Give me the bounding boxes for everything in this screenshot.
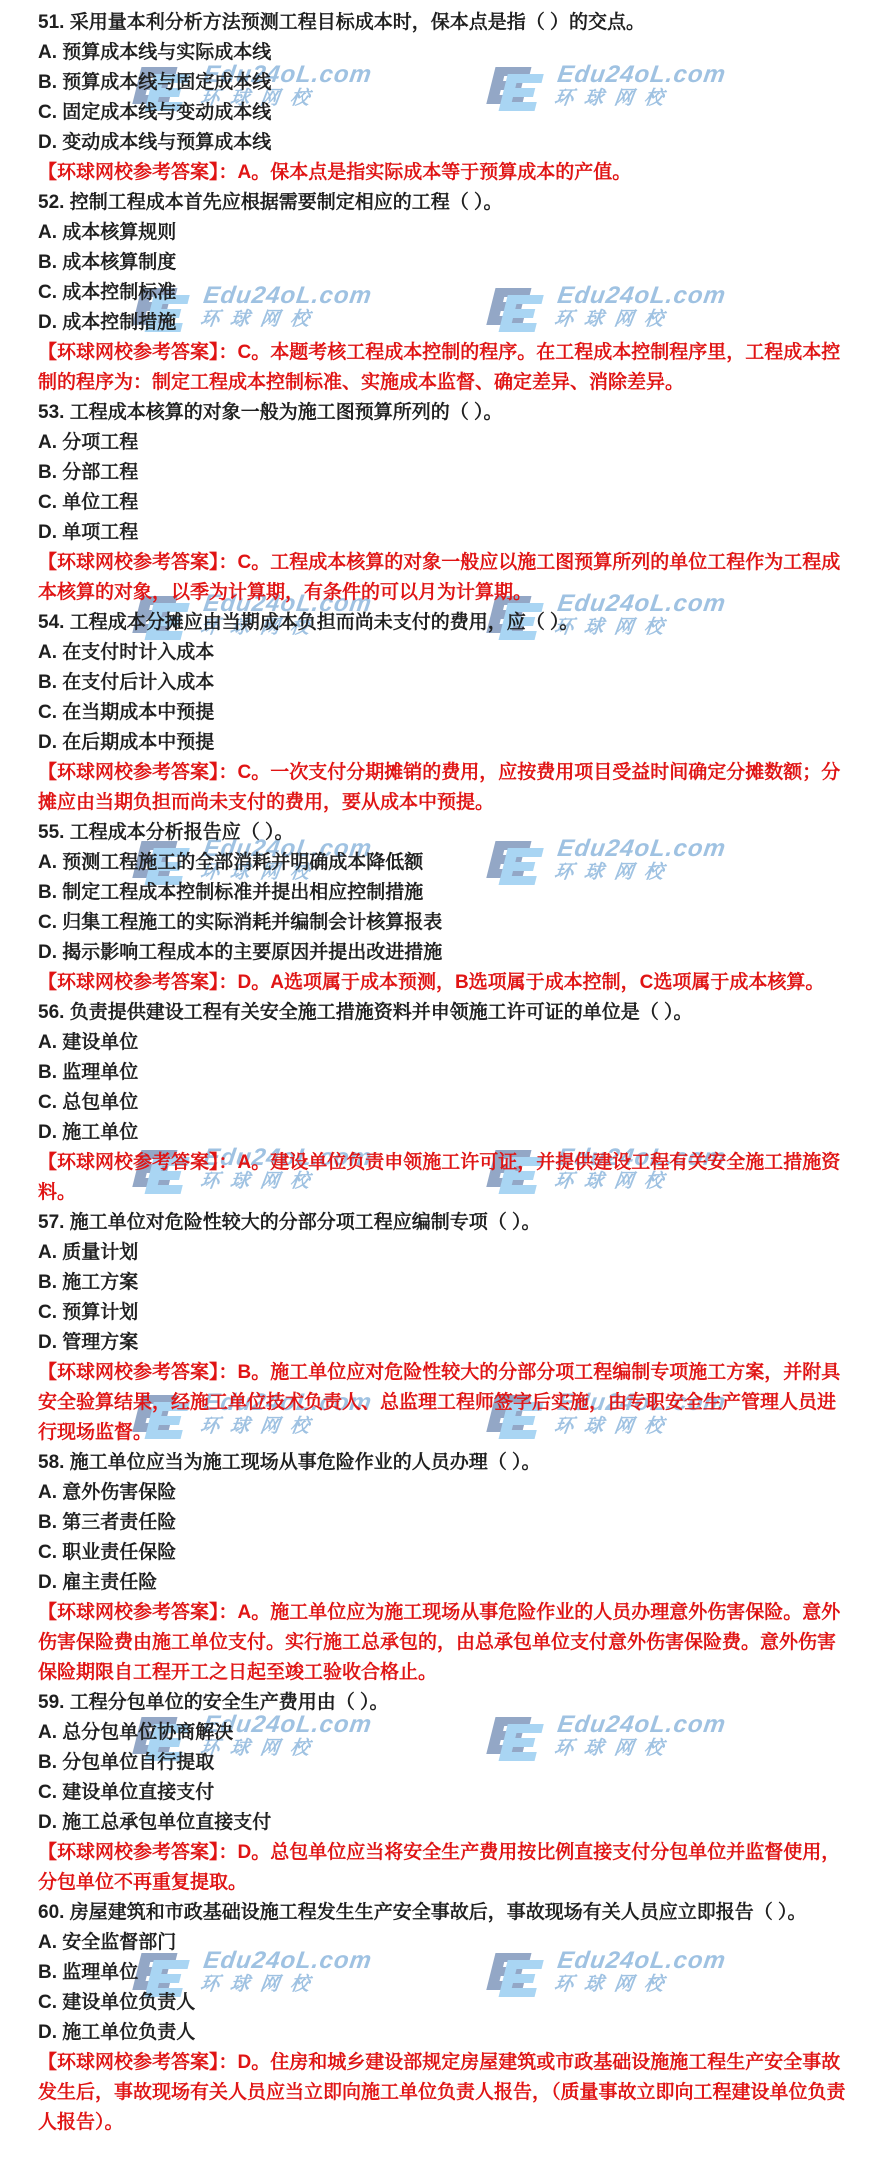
answer-line: 【环球网校参考答案】：A。保本点是指实际成本等于预算成本的产值。 xyxy=(38,158,850,188)
question-stem: 57. 施工单位对危险性较大的分部分项工程应编制专项（ ）。 xyxy=(38,1208,850,1238)
option-line: B. 施工方案 xyxy=(38,1268,850,1298)
options: A. 预测工程施工的全部消耗并明确成本降低额 B. 制定工程成本控制标准并提出相… xyxy=(38,848,850,968)
question-stem: 59. 工程分包单位的安全生产费用由（ ）。 xyxy=(38,1688,850,1718)
question-stem: 56. 负责提供建设工程有关安全施工措施资料并申领施工许可证的单位是（ ）。 xyxy=(38,998,850,1028)
question-stem: 51. 采用量本利分析方法预测工程目标成本时，保本点是指（ ）的交点。 xyxy=(38,8,850,38)
option-line: C. 总包单位 xyxy=(38,1088,850,1118)
option-line: B. 成本核算制度 xyxy=(38,248,850,278)
options: A. 总分包单位协商解决 B. 分包单位自行提取 C. 建设单位直接支付 D. … xyxy=(38,1718,850,1838)
options: A. 成本核算规则 B. 成本核算制度 C. 成本控制标准 D. 成本控制措施 xyxy=(38,218,850,338)
option-line: C. 单位工程 xyxy=(38,488,850,518)
option-line: C. 归集工程施工的实际消耗并编制会计核算报表 xyxy=(38,908,850,938)
answer-line: 【环球网校参考答案】：B。施工单位应对危险性较大的分部分项工程编制专项施工方案，… xyxy=(38,1358,850,1448)
question-block: 53. 工程成本核算的对象一般为施工图预算所列的（ ）。 A. 分项工程 B. … xyxy=(38,398,850,608)
question-block: 57. 施工单位对危险性较大的分部分项工程应编制专项（ ）。 A. 质量计划 B… xyxy=(38,1208,850,1448)
options: A. 预算成本线与实际成本线 B. 预算成本线与固定成本线 C. 固定成本线与变… xyxy=(38,38,850,158)
option-line: A. 成本核算规则 xyxy=(38,218,850,248)
answer-line: 【环球网校参考答案】：A。施工单位应为施工现场从事危险作业的人员办理意外伤害保险… xyxy=(38,1598,850,1688)
options: A. 安全监督部门 B. 监理单位 C. 建设单位负责人 D. 施工单位负责人 xyxy=(38,1928,850,2048)
options: A. 质量计划 B. 施工方案 C. 预算计划 D. 管理方案 xyxy=(38,1238,850,1358)
option-line: C. 在当期成本中预提 xyxy=(38,698,850,728)
options: A. 建设单位 B. 监理单位 C. 总包单位 D. 施工单位 xyxy=(38,1028,850,1148)
answer-line: 【环球网校参考答案】：C。工程成本核算的对象一般应以施工图预算所列的单位工程作为… xyxy=(38,548,850,608)
option-line: A. 意外伤害保险 xyxy=(38,1478,850,1508)
option-line: A. 建设单位 xyxy=(38,1028,850,1058)
page: Edu24oL.com 环球网校 Edu24oL.com 环球网校 Edu24o… xyxy=(0,0,884,2158)
option-line: B. 分包单位自行提取 xyxy=(38,1748,850,1778)
option-line: B. 在支付后计入成本 xyxy=(38,668,850,698)
option-line: D. 揭示影响工程成本的主要原因并提出改进措施 xyxy=(38,938,850,968)
option-line: C. 成本控制标准 xyxy=(38,278,850,308)
question-block: 59. 工程分包单位的安全生产费用由（ ）。 A. 总分包单位协商解决 B. 分… xyxy=(38,1688,850,1898)
option-line: C. 固定成本线与变动成本线 xyxy=(38,98,850,128)
options: A. 在支付时计入成本 B. 在支付后计入成本 C. 在当期成本中预提 D. 在… xyxy=(38,638,850,758)
question-stem: 53. 工程成本核算的对象一般为施工图预算所列的（ ）。 xyxy=(38,398,850,428)
question-block: 54. 工程成本分摊应由当期成本负担而尚未支付的费用，应（ ）。 A. 在支付时… xyxy=(38,608,850,818)
option-line: A. 预算成本线与实际成本线 xyxy=(38,38,850,68)
question-stem: 58. 施工单位应当为施工现场从事危险作业的人员办理（ ）。 xyxy=(38,1448,850,1478)
options: A. 意外伤害保险 B. 第三者责任险 C. 职业责任保险 D. 雇主责任险 xyxy=(38,1478,850,1598)
answer-line: 【环球网校参考答案】：C。本题考核工程成本控制的程序。在工程成本控制程序里，工程… xyxy=(38,338,850,398)
answer-line: 【环球网校参考答案】：C。一次支付分期摊销的费用，应按费用项目受益时间确定分摊数… xyxy=(38,758,850,818)
question-block: 52. 控制工程成本首先应根据需要制定相应的工程（ ）。 A. 成本核算规则 B… xyxy=(38,188,850,398)
option-line: D. 在后期成本中预提 xyxy=(38,728,850,758)
question-block: 58. 施工单位应当为施工现场从事危险作业的人员办理（ ）。 A. 意外伤害保险… xyxy=(38,1448,850,1688)
answer-line: 【环球网校参考答案】：D。住房和城乡建设部规定房屋建筑或市政基础设施施工程生产安… xyxy=(38,2048,850,2138)
question-block: 51. 采用量本利分析方法预测工程目标成本时，保本点是指（ ）的交点。 A. 预… xyxy=(38,8,850,188)
question-stem: 52. 控制工程成本首先应根据需要制定相应的工程（ ）。 xyxy=(38,188,850,218)
option-line: B. 第三者责任险 xyxy=(38,1508,850,1538)
questions: 51. 采用量本利分析方法预测工程目标成本时，保本点是指（ ）的交点。 A. 预… xyxy=(0,0,884,2138)
question-block: 60. 房屋建筑和市政基础设施工程发生生产安全事故后，事故现场有关人员应立即报告… xyxy=(38,1898,850,2138)
answer-line: 【环球网校参考答案】：D。总包单位应当将安全生产费用按比例直接支付分包单位并监督… xyxy=(38,1838,850,1898)
question-stem: 60. 房屋建筑和市政基础设施工程发生生产安全事故后，事故现场有关人员应立即报告… xyxy=(38,1898,850,1928)
option-line: C. 建设单位直接支付 xyxy=(38,1778,850,1808)
option-line: B. 预算成本线与固定成本线 xyxy=(38,68,850,98)
option-line: D. 雇主责任险 xyxy=(38,1568,850,1598)
option-line: B. 分部工程 xyxy=(38,458,850,488)
option-line: A. 在支付时计入成本 xyxy=(38,638,850,668)
option-line: D. 管理方案 xyxy=(38,1328,850,1358)
option-line: A. 分项工程 xyxy=(38,428,850,458)
option-line: C. 建设单位负责人 xyxy=(38,1988,850,2018)
answer-line: 【环球网校参考答案】：A。建设单位负责申领施工许可证，并提供建设工程有关安全施工… xyxy=(38,1148,850,1208)
option-line: D. 成本控制措施 xyxy=(38,308,850,338)
option-line: A. 安全监督部门 xyxy=(38,1928,850,1958)
option-line: D. 施工单位 xyxy=(38,1118,850,1148)
option-line: B. 监理单位 xyxy=(38,1958,850,1988)
answer-line: 【环球网校参考答案】：D。A选项属于成本预测，B选项属于成本控制，C选项属于成本… xyxy=(38,968,850,998)
option-line: B. 制定工程成本控制标准并提出相应控制措施 xyxy=(38,878,850,908)
option-line: D. 施工单位负责人 xyxy=(38,2018,850,2048)
option-line: A. 质量计划 xyxy=(38,1238,850,1268)
option-line: A. 预测工程施工的全部消耗并明确成本降低额 xyxy=(38,848,850,878)
question-stem: 55. 工程成本分析报告应（ ）。 xyxy=(38,818,850,848)
question-stem: 54. 工程成本分摊应由当期成本负担而尚未支付的费用，应（ ）。 xyxy=(38,608,850,638)
option-line: C. 职业责任保险 xyxy=(38,1538,850,1568)
option-line: B. 监理单位 xyxy=(38,1058,850,1088)
option-line: D. 施工总承包单位直接支付 xyxy=(38,1808,850,1838)
question-block: 56. 负责提供建设工程有关安全施工措施资料并申领施工许可证的单位是（ ）。 A… xyxy=(38,998,850,1208)
option-line: D. 变动成本线与预算成本线 xyxy=(38,128,850,158)
option-line: D. 单项工程 xyxy=(38,518,850,548)
options: A. 分项工程 B. 分部工程 C. 单位工程 D. 单项工程 xyxy=(38,428,850,548)
option-line: A. 总分包单位协商解决 xyxy=(38,1718,850,1748)
question-block: 55. 工程成本分析报告应（ ）。 A. 预测工程施工的全部消耗并明确成本降低额… xyxy=(38,818,850,998)
option-line: C. 预算计划 xyxy=(38,1298,850,1328)
